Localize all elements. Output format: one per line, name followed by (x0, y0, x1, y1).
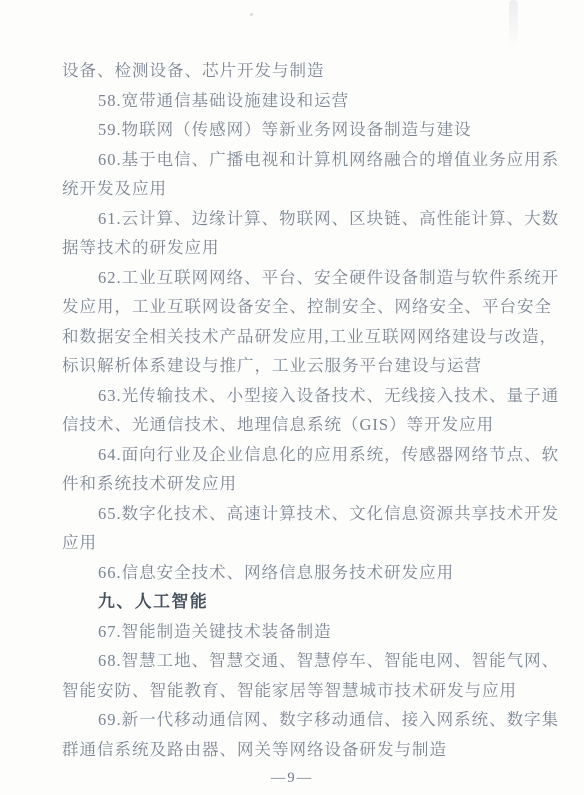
text-line: 69.新一代移动通信网、数字移动通信、接入网系统、数字集 (62, 705, 544, 735)
text-line: 64.面向行业及企业信息化的应用系统，传感器网络节点、软 (62, 440, 544, 470)
text-line: 据等技术的研发应用 (62, 233, 544, 263)
text-line: 67.智能制造关键技术装备制造 (62, 617, 544, 647)
text-line: 58.宽带通信基础设施建设和运营 (62, 86, 544, 116)
text-line: 设备、检测设备、芯片开发与制造 (62, 56, 544, 86)
text-line: 61.云计算、边缘计算、物联网、区块链、高性能计算、大数 (62, 204, 544, 234)
document-body: 设备、检测设备、芯片开发与制造58.宽带通信基础设施建设和运营59.物联网（传感… (0, 0, 584, 764)
page-number: —9— (271, 770, 313, 786)
document-page: 设备、检测设备、芯片开发与制造58.宽带通信基础设施建设和运营59.物联网（传感… (0, 0, 584, 795)
text-line: 68.智慧工地、智慧交通、智慧停车、智能电网、智能气网、 (62, 646, 544, 676)
text-line: 59.物联网（传感网）等新业务网设备制造与建设 (62, 115, 544, 145)
text-line: 标识解析体系建设与推广，工业云服务平台建设与运营 (62, 351, 544, 381)
text-line: 62.工业互联网网络、平台、安全硬件设备制造与软件系统开 (62, 263, 544, 293)
text-line: 66.信息安全技术、网络信息服务技术研发应用 (62, 558, 544, 588)
text-line: 63.光传输技术、小型接入设备技术、无线接入技术、量子通 (62, 381, 544, 411)
text-line: 65.数字化技术、高速计算技术、文化信息资源共享技术开发 (62, 499, 544, 529)
text-line: 应用 (62, 528, 544, 558)
text-line: 发应用，工业互联网设备安全、控制安全、网络安全、平台安全 (62, 292, 544, 322)
text-line: 统开发及应用 (62, 174, 544, 204)
text-line: 智能安防、智能教育、智能家居等智慧城市技术研发与应用 (62, 676, 544, 706)
text-line: 信技术、光通信技术、地理信息系统（GIS）等开发应用 (62, 410, 544, 440)
text-line: 群通信系统及路由器、网关等网络设备研发与制造 (62, 735, 544, 765)
page-footer: —9— (0, 770, 584, 787)
text-line: 件和系统技术研发应用 (62, 469, 544, 499)
text-line: 九、人工智能 (62, 587, 544, 617)
text-line: 和数据安全相关技术产品研发应用,工业互联网网络建设与改造， (62, 322, 544, 352)
text-line: 60.基于电信、广播电视和计算机网络融合的增值业务应用系 (62, 145, 544, 175)
